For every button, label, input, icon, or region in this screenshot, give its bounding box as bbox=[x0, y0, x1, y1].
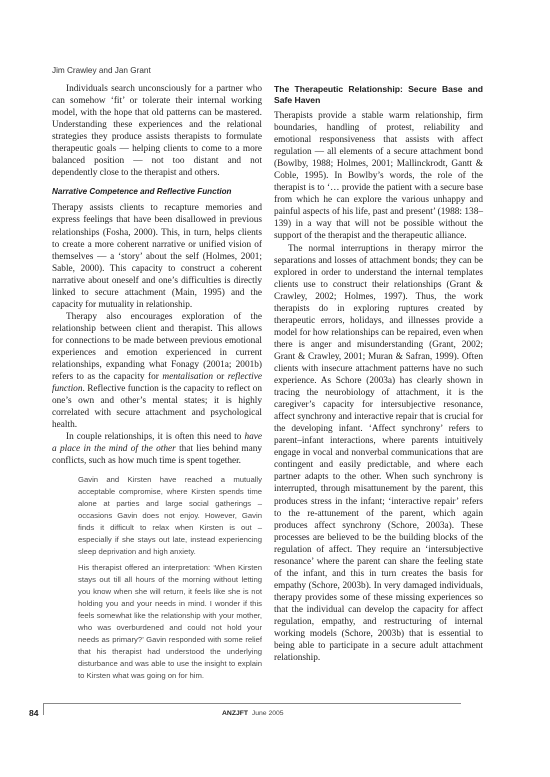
footer-rule-tick bbox=[43, 703, 44, 715]
paragraph-secure-base: Therapists provide a stable warm relatio… bbox=[274, 110, 483, 243]
heading-therapeutic-relationship: The Therapeutic Relationship: Secure Bas… bbox=[274, 84, 483, 106]
journal-name: ANZJFT bbox=[222, 710, 248, 717]
paragraph-partner-search: Individuals search unconsciously for a p… bbox=[52, 83, 262, 179]
paragraph-reflective-function: Therapy also encourages exploration of t… bbox=[52, 311, 262, 431]
running-head-authors: Jim Crawley and Jan Grant bbox=[52, 66, 151, 75]
right-column: The Therapeutic Relationship: Secure Bas… bbox=[274, 84, 483, 664]
paragraph-couple-relationships: In couple relationships, it is often thi… bbox=[52, 431, 262, 467]
left-column: Individuals search unconsciously for a p… bbox=[52, 83, 262, 682]
footer-rule bbox=[43, 703, 461, 704]
page-number: 84 bbox=[29, 708, 38, 718]
case-vignette-2: His therapist offered an interpretation:… bbox=[78, 562, 262, 682]
issue-date: June 2005 bbox=[252, 710, 284, 717]
paragraph-interruptions: The normal interruptions in therapy mirr… bbox=[274, 243, 483, 665]
footer-journal-info: ANZJFT June 2005 bbox=[222, 710, 284, 717]
paragraph-narrative: Therapy assists clients to recapture mem… bbox=[52, 202, 262, 310]
subheading-narrative-competence: Narrative Competence and Reflective Func… bbox=[52, 186, 262, 198]
case-vignette-1: Gavin and Kirsten have reached a mutuall… bbox=[78, 474, 262, 558]
term-mentalisation: mentalisation bbox=[162, 372, 213, 382]
